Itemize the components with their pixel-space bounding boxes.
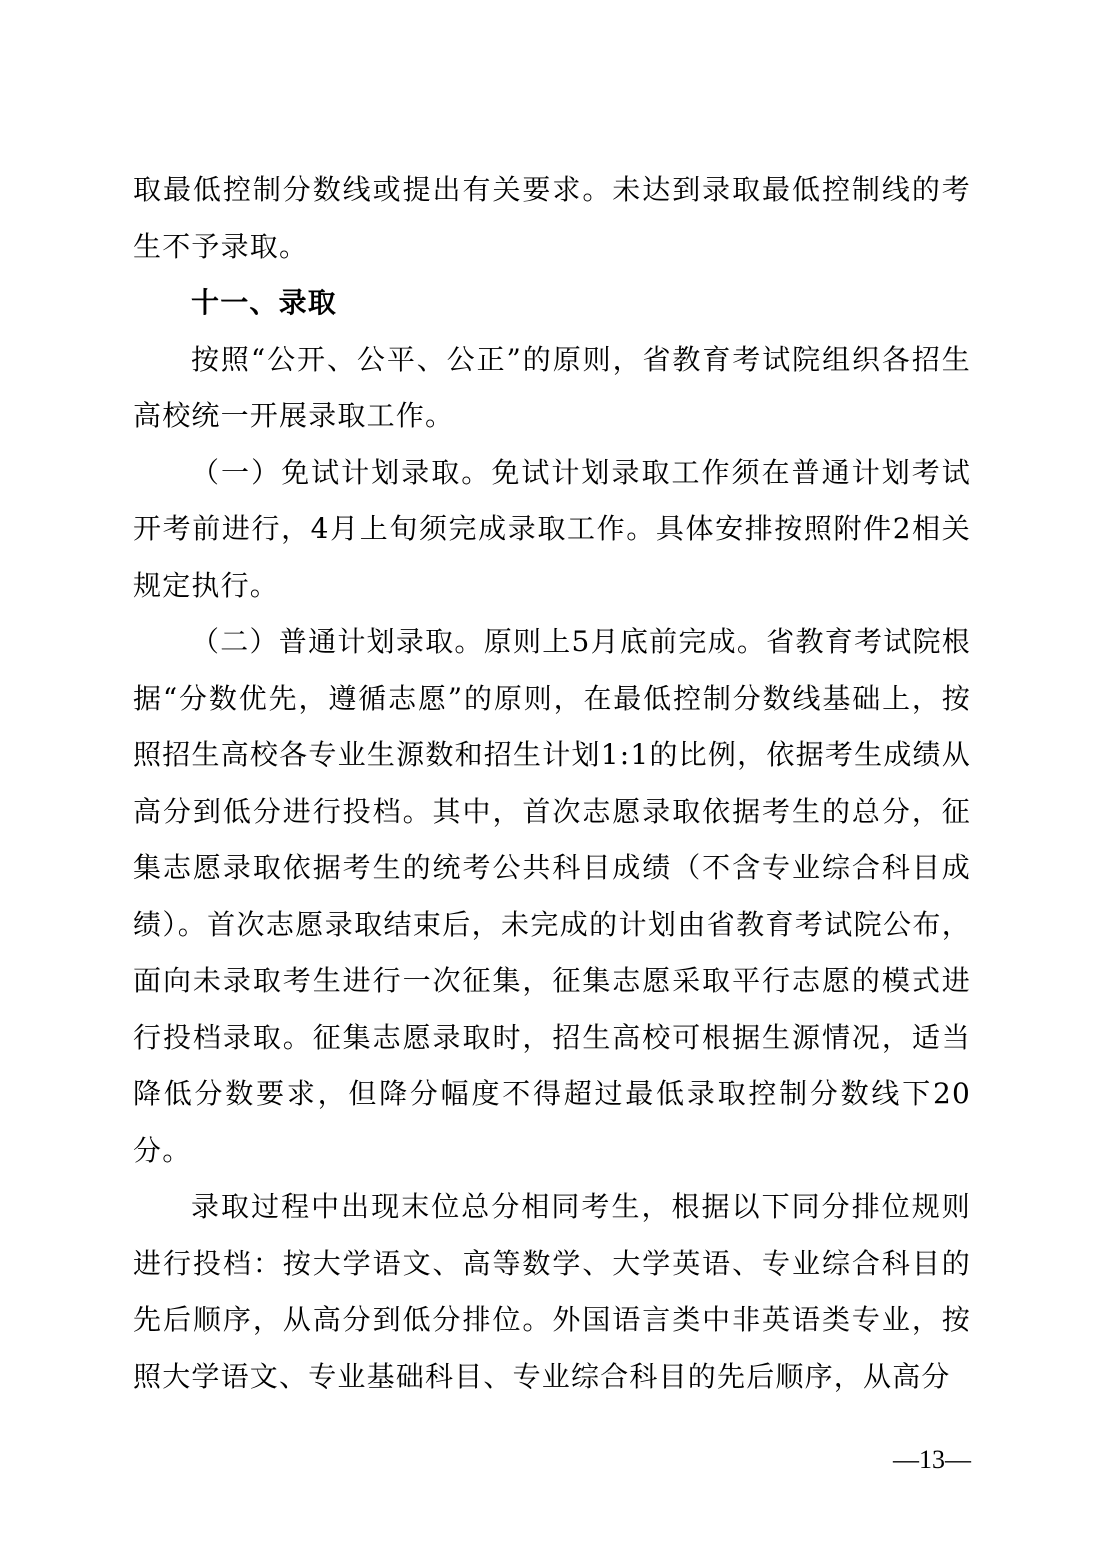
paragraph-general-admission: （二）普通计划录取。原则上5月底前完成。省教育考试院根据“分数优先，遵循志愿”的… [133,614,971,1179]
section-heading-admission: 十一、录取 [133,275,971,332]
paragraph-general-admission-body: 原则上5月底前完成。省教育考试院根据“分数优先，遵循志愿”的原则，在最低控制分数… [133,625,971,1167]
paragraph-tie-break: 录取过程中出现末位总分相同考生，根据以下同分排位规则进行投档：按大学语文、高等数… [133,1179,971,1405]
page-number: —13— [893,1445,971,1475]
subheading-exempt-admission: （一）免试计划录取。 [191,456,491,489]
document-page: 取最低控制分数线或提出有关要求。未达到录取最低控制线的考生不予录取。 十一、录取… [133,162,971,1405]
paragraph-exempt-admission: （一）免试计划录取。免试计划录取工作须在普通计划考试开考前进行，4月上旬须完成录… [133,445,971,615]
paragraph-continuation: 取最低控制分数线或提出有关要求。未达到录取最低控制线的考生不予录取。 [133,162,971,275]
paragraph-principle: 按照“公开、公平、公正”的原则，省教育考试院组织各招生高校统一开展录取工作。 [133,332,971,445]
subheading-general-admission: （二）普通计划录取。 [191,625,484,658]
